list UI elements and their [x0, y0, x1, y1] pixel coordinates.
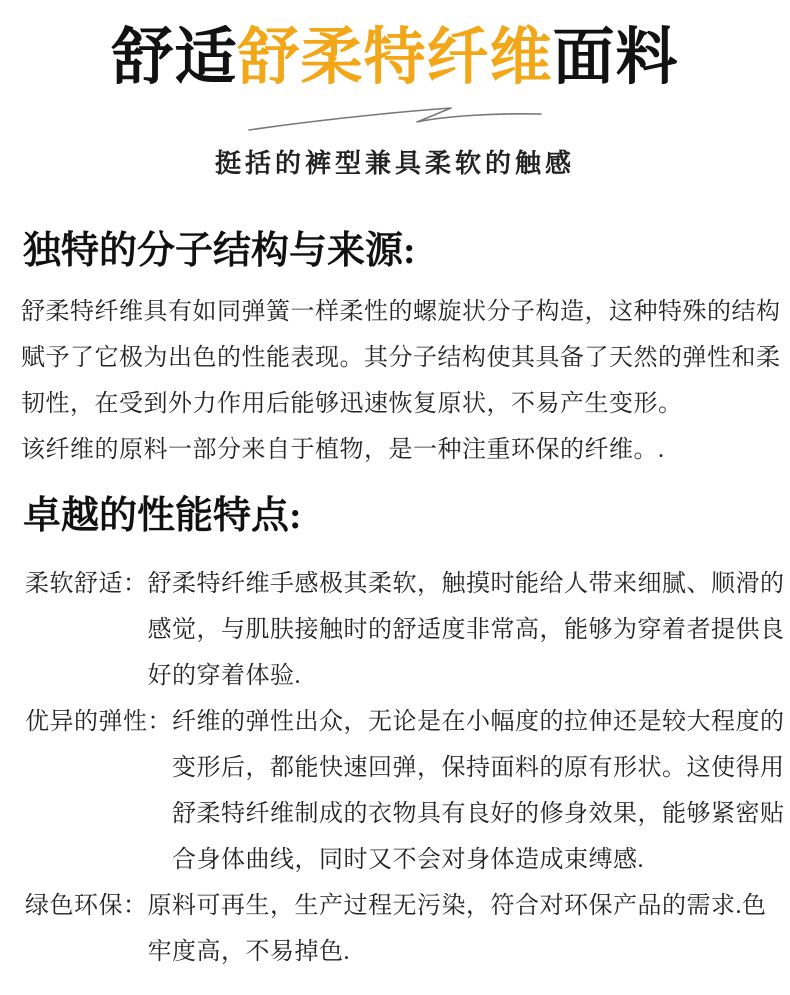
product-detail-page: 舒适舒柔特纤维面料 挺括的裤型兼具柔软的触感 独特的分子结构与来源: 舒柔特纤维… [0, 0, 790, 995]
feature-line: 纤维的弹性出众，无论是在小幅度的拉伸还是较大程度的 [172, 699, 785, 745]
paragraph-line: 赋予了它极为出色的性能表现。其分子结构使其具备了天然的弹性和柔 [21, 335, 772, 381]
feature-line: 感觉，与肌肤接触时的舒适度非常高，能够为穿着者提供良 [148, 607, 785, 653]
feature-item-eco: 绿色环保： 原料可再生，生产过程无污染，符合对环保产品的需求.色 牢度高，不易掉… [25, 883, 774, 975]
feature-line: 舒柔特纤维制成的衣物具有良好的修身效果，能够紧密贴 [172, 791, 785, 837]
feature-line: 原料可再生，生产过程无污染，符合对环保产品的需求.色 [148, 883, 775, 929]
title-prefix: 舒适 [111, 24, 237, 92]
structure-paragraph: 舒柔特纤维具有如同弹簧一样柔性的螺旋状分子构造，这种特殊的结构 赋予了它极为出色… [0, 289, 790, 473]
feature-item-elasticity: 优异的弹性： 纤维的弹性出众，无论是在小幅度的拉伸还是较大程度的 变形后，都能快… [25, 699, 774, 883]
feature-line: 合身体曲线，同时又不会对身体造成束缚感. [172, 837, 785, 883]
title-highlight: 舒柔特纤维 [237, 24, 552, 92]
feature-item-softness: 柔软舒适： 舒柔特纤维手感极其柔软，触摸时能给人带来细腻、顺滑的 感觉，与肌肤接… [25, 561, 774, 699]
feature-line: 牢度高，不易掉色. [148, 929, 775, 975]
section-performance-features: 卓越的性能特点: 柔软舒适： 舒柔特纤维手感极其柔软，触摸时能给人带来细腻、顺滑… [0, 495, 790, 976]
section-heading-structure: 独特的分子结构与来源: [0, 230, 790, 273]
pen-stroke-decoration-icon [0, 101, 790, 135]
title-suffix: 面料 [553, 24, 679, 92]
paragraph-line: 该纤维的原料一部分来自于植物，是一种注重环保的纤维。. [21, 427, 772, 473]
page-title: 舒适舒柔特纤维面料 [0, 26, 790, 91]
feature-text: 纤维的弹性出众，无论是在小幅度的拉伸还是较大程度的 变形后，都能快速回弹，保持面… [172, 699, 785, 883]
paragraph-line: 韧性，在受到外力作用后能够迅速恢复原状，不易产生变形。 [21, 381, 772, 427]
feature-line: 好的穿着体验. [148, 653, 785, 699]
page-header: 舒适舒柔特纤维面料 挺括的裤型兼具柔软的触感 [0, 26, 790, 180]
section-molecular-structure: 独特的分子结构与来源: 舒柔特纤维具有如同弹簧一样柔性的螺旋状分子构造，这种特殊… [0, 230, 790, 473]
subtitle: 挺括的裤型兼具柔软的触感 [0, 143, 790, 180]
feature-text: 原料可再生，生产过程无污染，符合对环保产品的需求.色 牢度高，不易掉色. [148, 883, 775, 975]
feature-line: 变形后，都能快速回弹，保持面料的原有形状。这使得用 [172, 745, 785, 791]
feature-label: 绿色环保： [25, 883, 148, 929]
paragraph-line: 舒柔特纤维具有如同弹簧一样柔性的螺旋状分子构造，这种特殊的结构 [21, 289, 772, 335]
feature-label: 柔软舒适： [25, 561, 148, 607]
feature-line: 舒柔特纤维手感极其柔软，触摸时能给人带来细腻、顺滑的 [148, 561, 785, 607]
section-heading-features: 卓越的性能特点: [0, 495, 790, 538]
feature-text: 舒柔特纤维手感极其柔软，触摸时能给人带来细腻、顺滑的 感觉，与肌肤接触时的舒适度… [148, 561, 785, 699]
feature-label: 优异的弹性： [25, 699, 172, 745]
feature-list: 柔软舒适： 舒柔特纤维手感极其柔软，触摸时能给人带来细腻、顺滑的 感觉，与肌肤接… [0, 561, 790, 975]
